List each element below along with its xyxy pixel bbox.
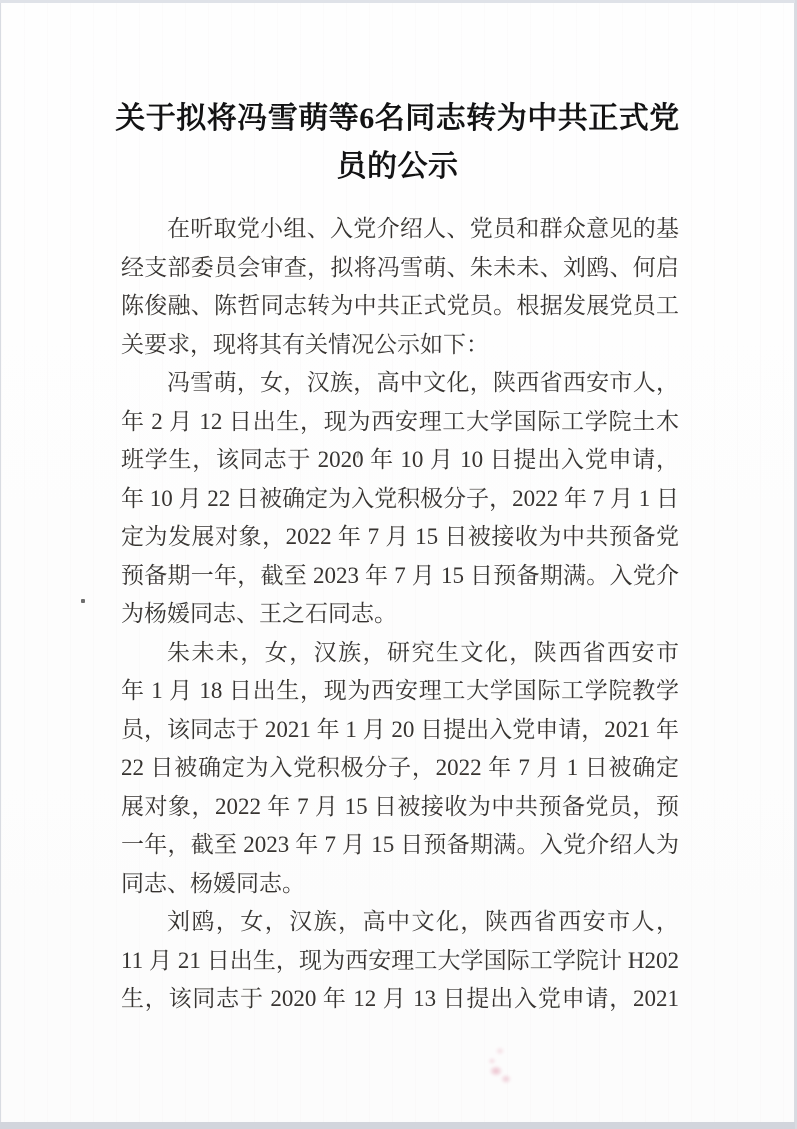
document-title-line1: 关于拟将冯雪萌等6名同志转为中共正式党 — [1, 95, 794, 143]
paragraph: 刘鸥，女，汉族，高中文化，陕西省西安市人，2002 年11 月 21 日出生，现… — [121, 903, 679, 1019]
text-line: 定为发展对象，2022 年 7 月 15 日被接收为中共预备党员， — [121, 518, 679, 557]
text-line: 生，该同志于 2020 年 12 月 13 日提出入党申请，2021 年 3 — [121, 980, 679, 1019]
text-line: 年 2 月 12 日出生，现为西安理工大学国际工学院土木 H201 — [121, 403, 679, 442]
text-line: 刘鸥，女，汉族，高中文化，陕西省西安市人，2002 年 — [121, 903, 679, 942]
document-body: 在听取党小组、入党介绍人、党员和群众意见的基础上，经支部委员会审查，拟将冯雪萌、… — [121, 210, 679, 1019]
scan-edge-top — [0, 0, 797, 3]
paragraph: 在听取党小组、入党介绍人、党员和群众意见的基础上，经支部委员会审查，拟将冯雪萌、… — [121, 210, 679, 364]
text-line: 同志、杨媛同志。 — [121, 865, 679, 904]
scan-speck — [81, 599, 85, 603]
text-line: 陈俊融、陈哲同志转为中共正式党员。根据发展党员工作有 — [121, 287, 679, 326]
document-title-line2: 员的公示 — [1, 143, 794, 191]
text-line: 在听取党小组、入党介绍人、党员和群众意见的基础上， — [121, 210, 679, 249]
text-line: 经支部委员会审查，拟将冯雪萌、朱未未、刘鸥、何启航、 — [121, 249, 679, 288]
text-line: 年 1 月 18 日出生，现为西安理工大学国际工学院教学科科 — [121, 672, 679, 711]
scan-edge-bottom — [0, 1122, 797, 1129]
text-line: 展对象，2022 年 7 月 15 日被接收为中共预备党员，预备期 — [121, 788, 679, 827]
seal-bleed-stain — [484, 1033, 520, 1089]
text-line: 年 10 月 22 日被确定为入党积极分子，2022 年 7 月 1 日被确 — [121, 480, 679, 519]
text-line: 一年，截至 2023 年 7 月 15 日预备期满。入党介绍人为李言 — [121, 826, 679, 865]
paragraph: 冯雪萌，女，汉族，高中文化，陕西省西安市人，2001年 2 月 12 日出生，现… — [121, 364, 679, 634]
document-page: 关于拟将冯雪萌等6名同志转为中共正式党 员的公示 在听取党小组、入党介绍人、党员… — [1, 3, 794, 1122]
paragraph: 朱未未，女，汉族，研究生文化，陕西省西安市人，1995年 1 月 18 日出生，… — [121, 634, 679, 904]
text-line: 为杨媛同志、王之石同志。 — [121, 595, 679, 634]
text-line: 冯雪萌，女，汉族，高中文化，陕西省西安市人，2001 — [121, 364, 679, 403]
text-line: 班学生，该同志于 2020 年 10 月 10 日提出入党申请，2020 — [121, 441, 679, 480]
text-line: 22 日被确定为入党积极分子，2022 年 7 月 1 日被确定为发 — [121, 749, 679, 788]
text-line: 员，该同志于 2021 年 1 月 20 日提出入党申请，2021 年 3 月 — [121, 711, 679, 750]
text-line: 关要求，现将其有关情况公示如下： — [121, 326, 679, 365]
text-line: 预备期一年，截至 2023 年 7 月 15 日预备期满。入党介绍人 — [121, 557, 679, 596]
document-title: 关于拟将冯雪萌等6名同志转为中共正式党 员的公示 — [1, 95, 794, 191]
text-line: 11 月 21 日出生，现为西安理工大学国际工学院计 H202 班学 — [121, 942, 679, 981]
scanned-document: 关于拟将冯雪萌等6名同志转为中共正式党 员的公示 在听取党小组、入党介绍人、党员… — [0, 0, 797, 1129]
text-line: 朱未未，女，汉族，研究生文化，陕西省西安市人，1995 — [121, 634, 679, 673]
